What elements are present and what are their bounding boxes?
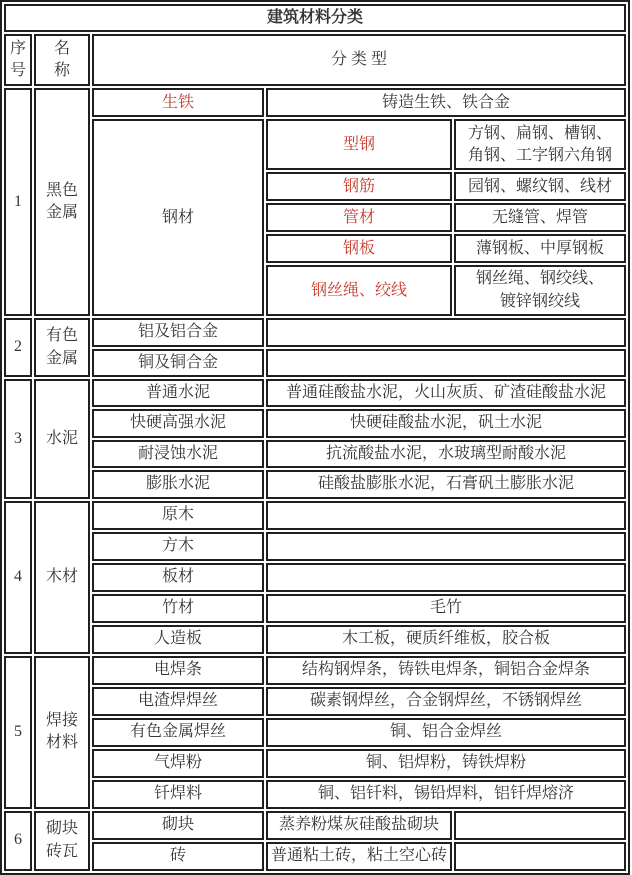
type-label-cell: 型钢 — [266, 119, 452, 170]
empty-cell — [266, 501, 626, 530]
material-name-cell: 木材 — [34, 501, 90, 654]
type-label-cell: 钢筋 — [266, 172, 452, 201]
type-label-cell: 钢丝绳、绞线 — [266, 265, 452, 316]
table-row: 气焊粉铜、铝焊粉，铸铁焊粉 — [4, 749, 626, 778]
detail-cell: 方钢、扁钢、槽钢、 角钢、工字钢六角钢 — [454, 119, 626, 170]
table-row: 快硬高强水泥快硬硅酸盐水泥，矾土水泥 — [4, 409, 626, 437]
subcategory-cell: 耐浸蚀水泥 — [92, 440, 264, 468]
detail-cell: 抗流酸盐水泥，水玻璃型耐酸水泥 — [266, 440, 626, 468]
material-name-cell: 有色 金属 — [34, 318, 90, 377]
serial-number-cell: 6 — [4, 811, 32, 871]
detail-cell: 薄钢板、中厚钢板 — [454, 234, 626, 263]
detail-cell: 铜、铝焊粉，铸铁焊粉 — [266, 749, 626, 778]
detail-cell: 铸造生铁、铁合金 — [266, 88, 626, 117]
empty-cell — [266, 563, 626, 592]
detail-cell: 碳素钢焊丝，合金钢焊丝，不锈钢焊丝 — [266, 687, 626, 716]
header-row: 序 号 名 称 分 类 型 — [4, 34, 626, 86]
materials-classification-table: 建筑材料分类 序 号 名 称 分 类 型 1黑色 金属生铁铸造生铁、铁合金钢材型… — [0, 0, 630, 875]
table-row: 人造板木工板，硬质纤维板，胶合板 — [4, 625, 626, 654]
detail-cell: 铜、铝钎料，锡铅焊料，铝钎焊熔济 — [266, 780, 626, 809]
subcategory-cell: 铝及铝合金 — [92, 318, 264, 346]
serial-number-cell: 2 — [4, 318, 32, 377]
table-row: 4木材原木 — [4, 501, 626, 530]
type-label-cell: 钢板 — [266, 234, 452, 263]
detail-cell: 蒸养粉煤灰硅酸盐砌块 — [266, 811, 452, 840]
table-row: 电渣焊焊丝碳素钢焊丝，合金钢焊丝，不锈钢焊丝 — [4, 687, 626, 716]
table-row: 3水泥普通水泥普通硅酸盐水泥，火山灰质、矿渣硅酸盐水泥 — [4, 379, 626, 407]
empty-cell — [266, 318, 626, 346]
table-row: 钢材型钢方钢、扁钢、槽钢、 角钢、工字钢六角钢 — [4, 119, 626, 170]
title-row: 建筑材料分类 — [4, 4, 626, 32]
detail-cell: 快硬硅酸盐水泥，矾土水泥 — [266, 409, 626, 437]
detail-cell: 木工板，硬质纤维板，胶合板 — [266, 625, 626, 654]
subcategory-cell: 板材 — [92, 563, 264, 592]
serial-number-cell: 3 — [4, 379, 32, 499]
subcategory-cell: 原木 — [92, 501, 264, 530]
subcategory-cell: 普通水泥 — [92, 379, 264, 407]
detail-cell: 铜、铝合金焊丝 — [266, 718, 626, 747]
table-row: 竹材毛竹 — [4, 594, 626, 623]
material-name-cell: 砌块 砖瓦 — [34, 811, 90, 871]
empty-cell — [266, 349, 626, 377]
subcategory-cell: 快硬高强水泥 — [92, 409, 264, 437]
subcategory-cell: 竹材 — [92, 594, 264, 623]
table-row: 板材 — [4, 563, 626, 592]
empty-cell — [454, 842, 626, 871]
subcategory-cell: 钢材 — [92, 119, 264, 316]
table-row: 耐浸蚀水泥抗流酸盐水泥，水玻璃型耐酸水泥 — [4, 440, 626, 468]
subcategory-cell: 人造板 — [92, 625, 264, 654]
empty-cell — [266, 532, 626, 561]
serial-number-cell: 1 — [4, 88, 32, 316]
subcategory-cell: 钎焊料 — [92, 780, 264, 809]
detail-cell: 园钢、螺纹钢、线材 — [454, 172, 626, 201]
subcategory-cell: 砖 — [92, 842, 264, 871]
subcategory-cell: 生铁 — [92, 88, 264, 117]
table-row: 2有色 金属铝及铝合金 — [4, 318, 626, 346]
detail-cell: 普通硅酸盐水泥，火山灰质、矿渣硅酸盐水泥 — [266, 379, 626, 407]
empty-cell — [454, 811, 626, 840]
table-row: 铜及铜合金 — [4, 349, 626, 377]
page-title: 建筑材料分类 — [4, 4, 626, 32]
table-row: 方木 — [4, 532, 626, 561]
table-row: 砖普通粘土砖，粘土空心砖 — [4, 842, 626, 871]
document-page: 建筑材料分类 序 号 名 称 分 类 型 1黑色 金属生铁铸造生铁、铁合金钢材型… — [0, 0, 632, 861]
table-row: 5焊接 材料电焊条结构钢焊条，铸铁电焊条，铜铝合金焊条 — [4, 656, 626, 685]
subcategory-cell: 方木 — [92, 532, 264, 561]
subcategory-cell: 铜及铜合金 — [92, 349, 264, 377]
subcategory-cell: 电焊条 — [92, 656, 264, 685]
serial-number-cell: 5 — [4, 656, 32, 809]
detail-cell: 结构钢焊条，铸铁电焊条，铜铝合金焊条 — [266, 656, 626, 685]
table-row: 钎焊料铜、铝钎料，锡铅焊料，铝钎焊熔济 — [4, 780, 626, 809]
table-row: 膨胀水泥硅酸盐膨胀水泥，石膏矾土膨胀水泥 — [4, 470, 626, 498]
col-header-type: 分 类 型 — [92, 34, 626, 86]
detail-cell: 钢丝绳、钢绞线、 镀锌钢绞线 — [454, 265, 626, 316]
subcategory-cell: 有色金属焊丝 — [92, 718, 264, 747]
subcategory-cell: 膨胀水泥 — [92, 470, 264, 498]
table-body: 1黑色 金属生铁铸造生铁、铁合金钢材型钢方钢、扁钢、槽钢、 角钢、工字钢六角钢钢… — [4, 88, 626, 870]
col-header-name: 名 称 — [34, 34, 90, 86]
material-name-cell: 黑色 金属 — [34, 88, 90, 316]
detail-cell: 普通粘土砖，粘土空心砖 — [266, 842, 452, 871]
detail-cell: 无缝管、焊管 — [454, 203, 626, 232]
material-name-cell: 水泥 — [34, 379, 90, 499]
detail-cell: 毛竹 — [266, 594, 626, 623]
subcategory-cell: 电渣焊焊丝 — [92, 687, 264, 716]
material-name-cell: 焊接 材料 — [34, 656, 90, 809]
table-row: 有色金属焊丝铜、铝合金焊丝 — [4, 718, 626, 747]
detail-cell: 硅酸盐膨胀水泥，石膏矾土膨胀水泥 — [266, 470, 626, 498]
table-row: 6砌块 砖瓦砌块蒸养粉煤灰硅酸盐砌块 — [4, 811, 626, 840]
type-label-cell: 管材 — [266, 203, 452, 232]
col-header-serial: 序 号 — [4, 34, 32, 86]
subcategory-cell: 砌块 — [92, 811, 264, 840]
subcategory-cell: 气焊粉 — [92, 749, 264, 778]
serial-number-cell: 4 — [4, 501, 32, 654]
table-row: 1黑色 金属生铁铸造生铁、铁合金 — [4, 88, 626, 117]
